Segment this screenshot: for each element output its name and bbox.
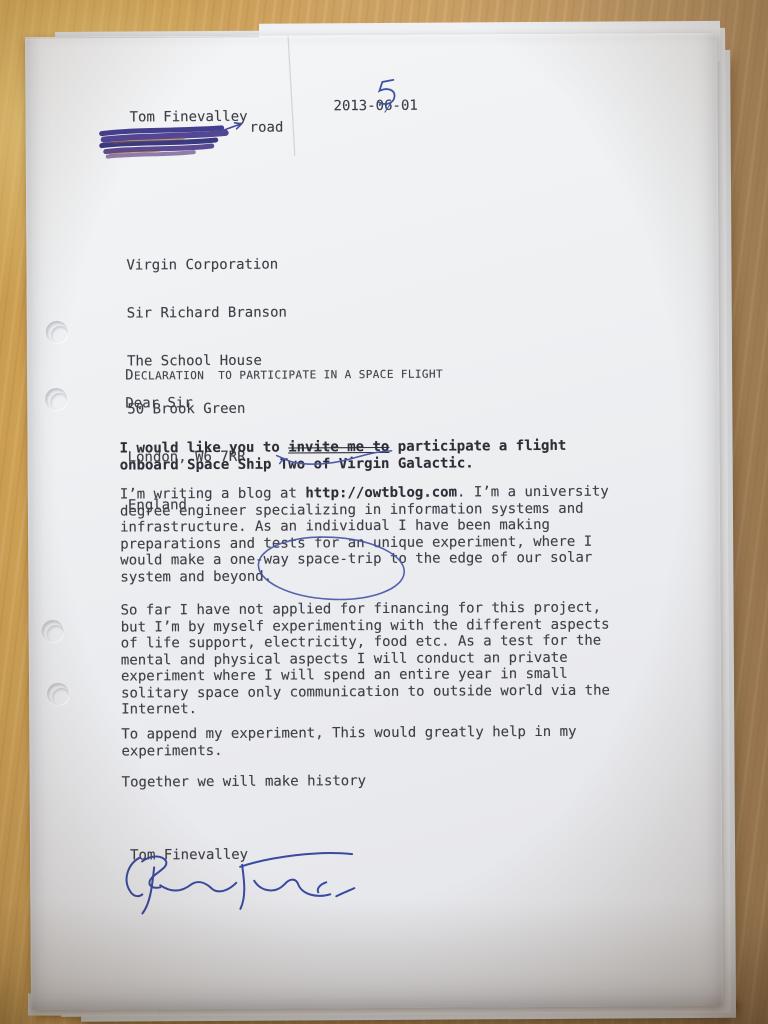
intro-pre: I’m writing a blog at bbox=[120, 485, 306, 502]
typed-signature-name: Tom Finevalley bbox=[130, 847, 248, 864]
date-suffix: -01 bbox=[392, 98, 417, 114]
salutation: Dear Sir bbox=[125, 395, 193, 412]
punch-hole-3 bbox=[42, 620, 64, 642]
paper-stack: Tom Finevalley road 2013-06-01 Virgin Co… bbox=[25, 20, 723, 1010]
recipient-line: Virgin Corporation bbox=[126, 257, 286, 274]
financing-paragraph: So far I have not applied for financing … bbox=[121, 599, 662, 718]
blog-url: http://owtblog.com bbox=[305, 484, 457, 501]
sender-address-road: road bbox=[250, 120, 284, 137]
letter-photo: Tom Finevalley road 2013-06-01 Virgin Co… bbox=[0, 0, 768, 1024]
append-paragraph: To append my experiment, This would grea… bbox=[121, 723, 661, 759]
punch-hole-4 bbox=[47, 683, 69, 705]
date-struck-digit: 6 bbox=[384, 98, 393, 115]
recipient-line: Sir Richard Branson bbox=[127, 305, 287, 322]
struck-phrase: invite me to bbox=[288, 439, 389, 456]
date-prefix: 2013-0 bbox=[333, 98, 384, 114]
closing-line: Together we will make history bbox=[122, 773, 367, 791]
sender-name: Tom Finevalley bbox=[130, 109, 248, 126]
request-paragraph: I would like you to invite me to partici… bbox=[120, 437, 660, 473]
punch-hole-1 bbox=[46, 321, 68, 343]
punch-hole-2 bbox=[45, 388, 67, 410]
letter-date: 2013-06-01 bbox=[333, 98, 417, 115]
subject-line: DECLARATION TO PARTICIPATE IN A SPACE FL… bbox=[125, 366, 443, 385]
request-pre: I would like you to bbox=[120, 440, 289, 457]
intro-paragraph: I’m writing a blog at http://owtblog.com… bbox=[120, 483, 661, 585]
